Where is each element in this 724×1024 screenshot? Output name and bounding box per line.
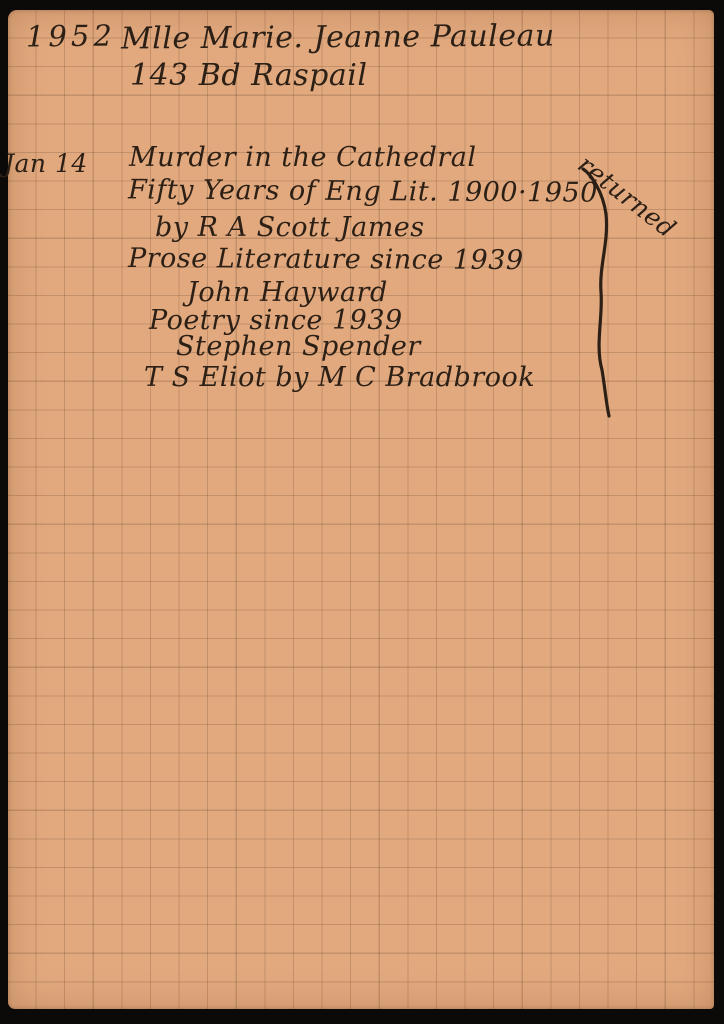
loan-line-author: Stephen Spender (176, 333, 421, 360)
loan-line-book-title: Murder in the Cathedral (129, 144, 477, 171)
returned-bracket-stroke (575, 162, 623, 424)
loan-line-book-title: T S Eliot by M C Bradbrook (144, 364, 535, 391)
loan-date: Jan 14 (4, 151, 88, 176)
loan-line-book-title: Prose Literature since 1939 (128, 245, 524, 274)
scan-background: 1952 Mlle Marie. Jeanne Pauleau 143 Bd R… (0, 0, 724, 1024)
loan-line-author: by R A Scott James (155, 214, 425, 241)
year-label: 1952 (26, 22, 116, 52)
lending-card: 1952 Mlle Marie. Jeanne Pauleau 143 Bd R… (8, 10, 714, 1009)
loan-line-author: John Hayward (187, 279, 388, 306)
member-name: Mlle Marie. Jeanne Pauleau (121, 21, 555, 54)
loan-line-book-title: Fifty Years of Eng Lit. 1900·1950 (128, 176, 598, 206)
member-address: 143 Bd Raspail (130, 61, 367, 91)
loan-line-book-title: Poetry since 1939 (149, 307, 403, 334)
